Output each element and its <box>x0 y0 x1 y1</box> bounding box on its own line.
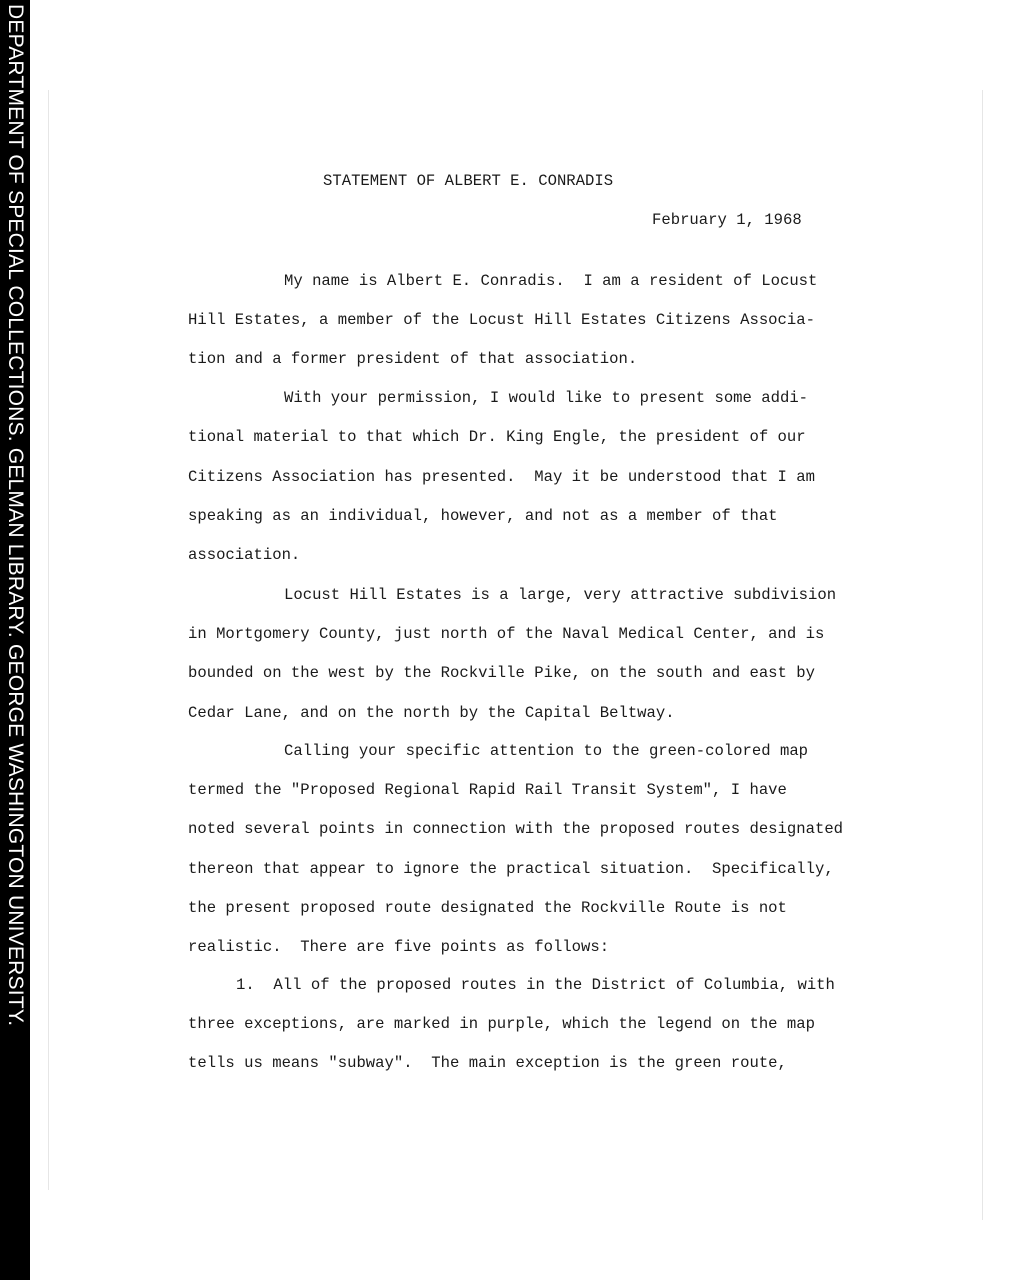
body-line: My name is Albert E. Conradis. I am a re… <box>284 271 817 291</box>
body-line: three exceptions, are marked in purple, … <box>188 1014 815 1034</box>
document-page: STATEMENT OF ALBERT E. CONRADIS February… <box>0 0 1017 1280</box>
body-line: Locust Hill Estates is a large, very att… <box>284 585 836 605</box>
scan-edge-left <box>48 90 49 1190</box>
body-line: speaking as an individual, however, and … <box>188 506 778 526</box>
body-line: bounded on the west by the Rockville Pik… <box>188 663 815 683</box>
body-line: Citizens Association has presented. May … <box>188 467 815 487</box>
body-line: thereon that appear to ignore the practi… <box>188 859 834 879</box>
body-line: association. <box>188 545 300 565</box>
body-line: Cedar Lane, and on the north by the Capi… <box>188 703 675 723</box>
body-line: termed the "Proposed Regional Rapid Rail… <box>188 780 787 800</box>
body-line: tells us means "subway". The main except… <box>188 1053 787 1073</box>
scan-edge-right <box>982 90 983 1220</box>
body-line: tion and a former president of that asso… <box>188 349 637 369</box>
body-line: With your permission, I would like to pr… <box>284 388 808 408</box>
document-date: February 1, 1968 <box>652 210 802 230</box>
body-line: realistic. There are five points as foll… <box>188 937 609 957</box>
body-line: in Mortgomery County, just north of the … <box>188 624 824 644</box>
document-title: STATEMENT OF ALBERT E. CONRADIS <box>323 171 613 191</box>
body-line: Calling your specific attention to the g… <box>284 741 808 761</box>
body-line: noted several points in connection with … <box>188 819 843 839</box>
body-line: the present proposed route designated th… <box>188 898 787 918</box>
body-line: 1. All of the proposed routes in the Dis… <box>236 975 835 995</box>
body-line: tional material to that which Dr. King E… <box>188 427 806 447</box>
body-line: Hill Estates, a member of the Locust Hil… <box>188 310 815 330</box>
